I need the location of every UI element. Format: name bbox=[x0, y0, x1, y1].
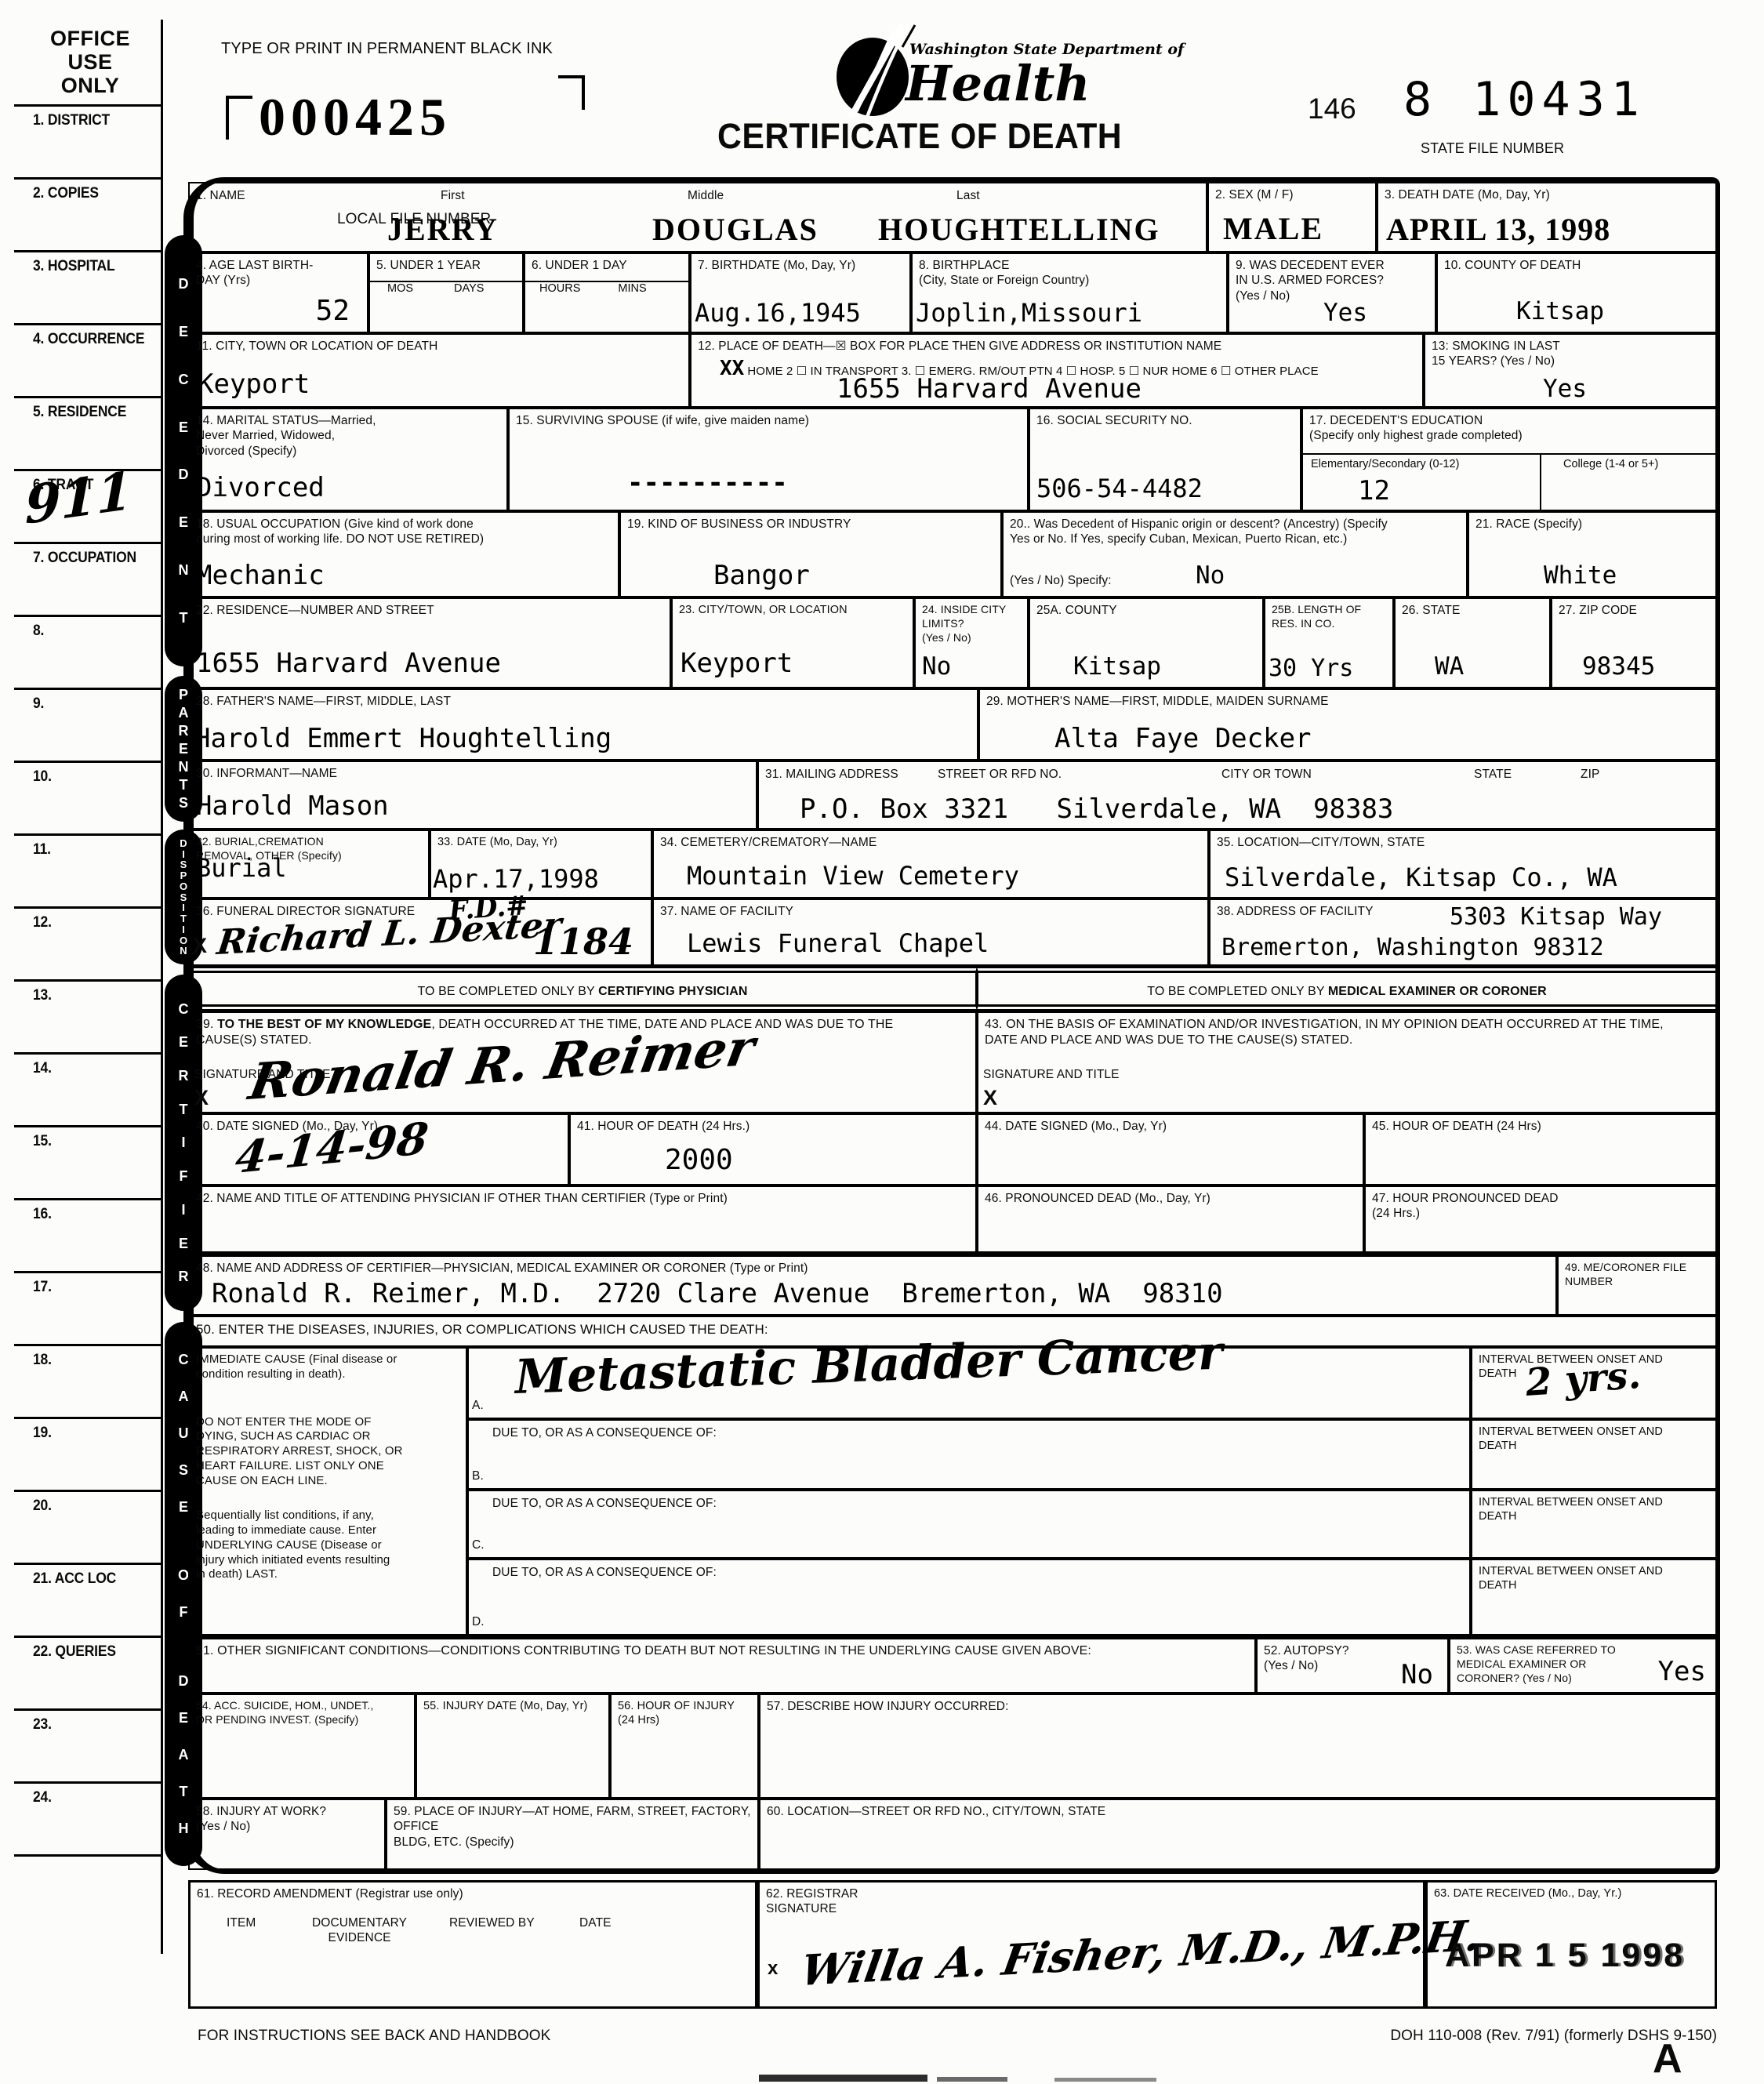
office-use-row: 6. TRACT911 bbox=[14, 469, 161, 542]
office-use-row: 5. RESIDENCE bbox=[14, 396, 161, 469]
father-name-value: Harold Emmert Houghtelling bbox=[194, 723, 612, 754]
field-record-amendment-label: 61. RECORD AMENDMENT (Registrar use only… bbox=[197, 1887, 463, 1901]
autopsy-value: No bbox=[1401, 1659, 1433, 1690]
field-attending-physician: 42. NAME AND TITLE OF ATTENDING PHYSICIA… bbox=[188, 1185, 977, 1253]
birthdate-value: Aug.16,1945 bbox=[695, 298, 861, 328]
field-how-injury-occurred: 57. DESCRIBE HOW INJURY OCCURRED: bbox=[759, 1694, 1717, 1799]
tab-letter: D bbox=[180, 838, 187, 848]
field-cemetery-location: 35. LOCATION—CITY/TOWN, STATE Silverdale… bbox=[1209, 830, 1717, 899]
tab-letter: I bbox=[182, 849, 185, 859]
elementary-value: 12 bbox=[1358, 475, 1390, 506]
field-occupation: 18. USUAL OCCUPATION (Give kind of work … bbox=[188, 511, 619, 597]
field-funeral-director-signature: 36. FUNERAL DIRECTOR SIGNATURE F.D.# X R… bbox=[188, 899, 652, 966]
cause-a-letter: A. bbox=[472, 1398, 484, 1413]
tab-letter: T bbox=[180, 778, 188, 792]
occupation-value: Mechanic bbox=[196, 560, 325, 591]
cert-header-right-pre: TO BE COMPLETED ONLY BY bbox=[1147, 985, 1328, 998]
field-death-date-label: 3. DEATH DATE (Mo, Day, Yr) bbox=[1385, 188, 1550, 202]
field-place-of-injury-label: 59. PLACE OF INJURY—AT HOME, FARM, STREE… bbox=[394, 1805, 751, 1849]
field-cemetery-location-label: 35. LOCATION—CITY/TOWN, STATE bbox=[1217, 836, 1425, 849]
tab-letter: O bbox=[180, 881, 187, 891]
field-zip: 27. ZIP CODE 98345 bbox=[1551, 597, 1717, 688]
field-disposition-type: 32. BURIAL,CREMATION REMOVAL, OTHER (Spe… bbox=[188, 830, 430, 899]
field-father-name: 28. FATHER'S NAME—FIRST, MIDDLE, LAST Ha… bbox=[188, 688, 978, 761]
field-autopsy-label: 52. AUTOPSY? (Yes / No) bbox=[1264, 1644, 1349, 1672]
smoking-value: Yes bbox=[1543, 375, 1587, 403]
certificate-title: CERTIFICATE OF DEATH bbox=[717, 116, 1122, 157]
office-use-row: 4. OCCURRENCE bbox=[14, 323, 161, 396]
office-use-row-label: 21. ACC LOC bbox=[33, 1570, 116, 1588]
tab-letter: C bbox=[179, 372, 189, 387]
field-certifier-name-address: 48. NAME AND ADDRESS OF CERTIFIER—PHYSIC… bbox=[188, 1253, 1557, 1316]
field-facility-name: 37. NAME OF FACILITY Lewis Funeral Chape… bbox=[652, 899, 1209, 966]
name-middle-label: Middle bbox=[688, 188, 724, 203]
office-use-row-label: 18. bbox=[33, 1352, 52, 1369]
field-informant: 30. INFORMANT—NAME Harold Mason bbox=[188, 761, 757, 830]
cert-header-left-pre: TO BE COMPLETED ONLY BY bbox=[417, 985, 598, 998]
office-use-row-line bbox=[14, 1636, 161, 1638]
field-injury-date: 55. INJURY DATE (Mo, Day, Yr) bbox=[416, 1694, 610, 1799]
office-use-row-line bbox=[14, 833, 161, 836]
office-use-row-line bbox=[14, 1708, 161, 1711]
race-value: White bbox=[1544, 561, 1617, 590]
office-use-row-label: 15. bbox=[33, 1133, 52, 1150]
office-use-row-label: 16. bbox=[33, 1206, 52, 1223]
field-age: 4. AGE LAST BIRTH- DAY (Yrs) 52 bbox=[188, 252, 368, 333]
tab-letter: P bbox=[180, 870, 187, 880]
field-residence-street-label: 22. RESIDENCE—NUMBER AND STREET bbox=[196, 604, 434, 617]
field-sex-label: 2. SEX (M / F) bbox=[1215, 188, 1294, 202]
cemetery-value: Mountain View Cemetery bbox=[687, 861, 1019, 891]
under1yr-subheads: MOS DAYS bbox=[370, 281, 522, 301]
zip-value: 98345 bbox=[1582, 652, 1655, 681]
footer-instructions: FOR INSTRUCTIONS SEE BACK AND HANDBOOK bbox=[198, 2027, 550, 2046]
office-use-row-label: 14. bbox=[33, 1060, 52, 1077]
registrar-x: x bbox=[768, 1958, 778, 1980]
tab-letter: N bbox=[179, 563, 189, 577]
office-use-row-label: 20. bbox=[33, 1498, 52, 1515]
field-disposition-date-label: 33. DATE (Mo, Day, Yr) bbox=[437, 836, 557, 848]
office-use-row-line bbox=[14, 1198, 161, 1200]
field-how-injury-label: 57. DESCRIBE HOW INJURY OCCURRED: bbox=[767, 1700, 1008, 1713]
tab-letter: O bbox=[180, 935, 187, 946]
field-hour-pronounced: 47. HOUR PRONOUNCED DEAD (24 Hrs.) bbox=[1364, 1185, 1717, 1253]
field-hour-death-examiner-label: 45. HOUR OF DEATH (24 Hrs) bbox=[1372, 1120, 1541, 1133]
field-residence-state: 26. STATE WA bbox=[1394, 597, 1551, 688]
field-record-amendment: 61. RECORD AMENDMENT (Registrar use only… bbox=[188, 1880, 757, 2009]
tab-letter: I bbox=[182, 924, 185, 935]
field-under-1-day: 6. UNDER 1 DAY HOURS MINS bbox=[524, 252, 690, 333]
office-use-row-line bbox=[14, 542, 161, 544]
field-residence-state-label: 26. STATE bbox=[1402, 604, 1460, 617]
office-use-row: 23. bbox=[14, 1708, 161, 1781]
office-use-row: 22. QUERIES bbox=[14, 1636, 161, 1708]
office-use-row-label: 17. bbox=[33, 1279, 52, 1296]
residence-street-value: 1655 Harvard Avenue bbox=[196, 648, 501, 679]
field-facility-name-label: 37. NAME OF FACILITY bbox=[660, 905, 793, 918]
place-of-death-value: 1655 Harvard Avenue bbox=[837, 373, 1142, 405]
tab-letter: R bbox=[179, 1269, 189, 1283]
field-residence-street: 22. RESIDENCE—NUMBER AND STREET 1655 Har… bbox=[188, 597, 671, 688]
office-use-row: 12. bbox=[14, 906, 161, 979]
county-of-death-value: Kitsap bbox=[1516, 297, 1604, 325]
field-education: 17. DECEDENT'S EDUCATION (Specify only h… bbox=[1301, 408, 1717, 511]
tab-letter: T bbox=[180, 611, 188, 625]
scan-artifact bbox=[937, 2077, 1007, 2082]
name-first-value: JERRY bbox=[387, 211, 499, 248]
tab-letter: F bbox=[180, 1169, 188, 1183]
field-me-file-number: 49. ME/CORONER FILE NUMBER bbox=[1557, 1253, 1717, 1316]
office-use-row-line bbox=[14, 761, 161, 763]
office-use-row: 18. bbox=[14, 1344, 161, 1417]
tab-letter: T bbox=[180, 913, 187, 924]
field-under1day-label: 6. UNDER 1 DAY bbox=[532, 259, 627, 272]
office-use-title: OFFICE USE ONLY bbox=[31, 27, 149, 98]
city-of-death-value: Keyport bbox=[198, 369, 310, 400]
field-place-of-death: 12. PLACE OF DEATH—☒ BOX FOR PLACE THEN … bbox=[690, 333, 1424, 408]
corner-bracket-right bbox=[558, 75, 585, 110]
tab-letter: I bbox=[181, 1135, 185, 1149]
cause-b-letter: B. bbox=[472, 1469, 484, 1483]
field-father-label: 28. FATHER'S NAME—FIRST, MIDDLE, LAST bbox=[196, 695, 451, 708]
field-race-label: 21. RACE (Specify) bbox=[1475, 517, 1582, 531]
scan-artifact bbox=[1054, 2078, 1156, 2082]
office-use-row-line bbox=[14, 1125, 161, 1127]
cause-header-text: 50. ENTER THE DISEASES, INJURIES, OR COM… bbox=[196, 1322, 768, 1337]
field-informant-label: 30. INFORMANT—NAME bbox=[196, 767, 337, 780]
field-registrar-label: 62. REGISTRAR SIGNATURE bbox=[766, 1887, 858, 1915]
field-city-limits-label: 24. INSIDE CITY LIMITS? (Yes / No) bbox=[922, 603, 1006, 644]
sex-value: MALE bbox=[1223, 210, 1323, 247]
field-name: 1. NAME First Middle Last JERRY DOUGLAS … bbox=[188, 182, 1207, 252]
tab-letter: D bbox=[179, 1674, 189, 1688]
tab-letter: I bbox=[182, 902, 185, 913]
field-ssn-label: 16. SOCIAL SECURITY NO. bbox=[1036, 414, 1192, 427]
cause-line-b: DUE TO, OR AS A CONSEQUENCE OF: B. bbox=[467, 1419, 1471, 1490]
office-use-row-line bbox=[14, 615, 161, 617]
office-use-row-label: 8. bbox=[33, 623, 44, 640]
marital-status-value: Divorced bbox=[196, 472, 325, 503]
field-education-label: 17. DECEDENT'S EDUCATION (Specify only h… bbox=[1309, 413, 1523, 444]
cemetery-location-value: Silverdale, Kitsap Co., WA bbox=[1225, 862, 1617, 892]
date-received-stamp: APR 1 5 1998 bbox=[1445, 1937, 1685, 1975]
field-physician-certification: 39. TO THE BEST OF MY KNOWLEDGE, DEATH O… bbox=[188, 1011, 977, 1113]
field-hour-of-death: 41. HOUR OF DEATH (24 Hrs.) 2000 bbox=[569, 1113, 977, 1185]
field-residence-county-label: 25A. COUNTY bbox=[1036, 604, 1117, 617]
office-use-row: 19. bbox=[14, 1417, 161, 1490]
office-use-row: 21. ACC LOC bbox=[14, 1563, 161, 1636]
office-use-row-label: 19. bbox=[33, 1425, 52, 1442]
mos-label: MOS bbox=[387, 282, 413, 301]
tab-letter: U bbox=[179, 1426, 189, 1440]
tab-letter: O bbox=[178, 1568, 189, 1582]
field-facility-address: 38. ADDRESS OF FACILITY 5303 Kitsap Way … bbox=[1209, 899, 1717, 966]
residence-state-value: WA bbox=[1435, 652, 1464, 681]
certifying-physician-header: TO BE COMPLETED ONLY BY CERTIFYING PHYSI… bbox=[188, 966, 977, 1011]
field-surviving-spouse: 15. SURVIVING SPOUSE (if wife, give maid… bbox=[508, 408, 1029, 511]
me-referred-value: Yes bbox=[1658, 1656, 1706, 1687]
cause-d-letter: D. bbox=[472, 1614, 485, 1629]
office-use-row-line bbox=[14, 177, 161, 180]
field-date-signed-examiner: 44. DATE SIGNED (Mo., Day, Yr) bbox=[977, 1113, 1364, 1185]
mother-name-value: Alta Faye Decker bbox=[1054, 723, 1312, 754]
tab-letter: T bbox=[180, 1784, 188, 1799]
cause-d-interval: INTERVAL BETWEEN ONSET AND DEATH bbox=[1471, 1559, 1717, 1636]
name-first-label: First bbox=[441, 188, 465, 203]
office-use-row: 15. bbox=[14, 1125, 161, 1198]
field-race: 21. RACE (Specify) White bbox=[1468, 511, 1717, 597]
field-injury-date-label: 55. INJURY DATE (Mo, Day, Yr) bbox=[423, 1700, 587, 1712]
tab-letter: A bbox=[179, 1389, 189, 1403]
f39-num: 39. bbox=[196, 1018, 214, 1031]
cause-line-a: A. Metastatic Bladder Cancer bbox=[467, 1347, 1471, 1419]
office-use-row: 11. bbox=[14, 833, 161, 906]
tab-letter: E bbox=[179, 420, 188, 434]
tab-letter: F bbox=[180, 1605, 188, 1619]
field-me-referred: 53. WAS CASE REFERRED TO MEDICAL EXAMINE… bbox=[1449, 1636, 1717, 1694]
name-last-label: Last bbox=[956, 188, 980, 203]
tab-letter: R bbox=[179, 1069, 189, 1083]
field-smoking-label: 13: SMOKING IN LAST 15 YEARS? (Yes / No) bbox=[1432, 339, 1560, 368]
cause-b-interval: INTERVAL BETWEEN ONSET AND DEATH bbox=[1471, 1419, 1717, 1490]
office-use-row-label: 4. OCCURRENCE bbox=[33, 331, 144, 348]
interval-label-c: INTERVAL BETWEEN ONSET AND DEATH bbox=[1479, 1496, 1663, 1523]
tab-letter: S bbox=[180, 859, 187, 870]
office-use-row-label: 12. bbox=[33, 914, 52, 931]
fd-signature-x: X bbox=[193, 934, 207, 958]
field-pronounced-dead: 46. PRONOUNCED DEAD (Mo., Day, Yr) bbox=[977, 1185, 1364, 1253]
office-use-row-label: 9. bbox=[33, 695, 44, 713]
examiner-signature-x: X bbox=[983, 1086, 997, 1110]
office-use-row-line bbox=[14, 1344, 161, 1346]
local-file-number: 000425 bbox=[259, 86, 452, 148]
cause-a-interval: INTERVAL BETWEEN ONSET AND DEATH 2 yrs. bbox=[1471, 1347, 1717, 1419]
field-date-signed-examiner-label: 44. DATE SIGNED (Mo., Day, Yr) bbox=[985, 1120, 1167, 1133]
birthplace-value: Joplin,Missouri bbox=[916, 298, 1142, 328]
street-rfd-label: STREET OR RFD NO. bbox=[938, 767, 1062, 782]
field-injury-at-work-label: 58. INJURY AT WORK? (Yes / No) bbox=[196, 1805, 326, 1833]
field-age-label: 4. AGE LAST BIRTH- DAY (Yrs) bbox=[196, 259, 313, 287]
mailing-address-value: P.O. Box 3321 Silverdale, WA 98383 bbox=[800, 793, 1393, 825]
office-use-row: 7. OCCUPATION bbox=[14, 542, 161, 615]
office-use-row-line bbox=[14, 688, 161, 690]
f43-label: 43. ON THE BASIS OF EXAMINATION AND/OR I… bbox=[985, 1017, 1690, 1048]
tab-letter: E bbox=[179, 1711, 188, 1725]
field-accident-suicide: 54. ACC. SUICIDE, HOM., UNDET., OR PENDI… bbox=[188, 1694, 416, 1799]
cause-instructions: IMMEDIATE CAUSE (Final disease or condit… bbox=[188, 1347, 467, 1636]
age-value: 52 bbox=[316, 295, 350, 327]
field-surviving-spouse-label: 15. SURVIVING SPOUSE (if wife, give maid… bbox=[516, 414, 809, 427]
field-place-of-death-label: 12. PLACE OF DEATH—☒ BOX FOR PLACE THEN … bbox=[698, 339, 1221, 353]
interval-label-d: INTERVAL BETWEEN ONSET AND DEATH bbox=[1479, 1565, 1663, 1592]
field-city-of-death-label: 11. CITY, TOWN OR LOCATION OF DEATH bbox=[196, 339, 437, 353]
field-hispanic-origin: 20.. Was Decedent of Hispanic origin or … bbox=[1002, 511, 1468, 597]
tab-letter: R bbox=[179, 724, 189, 738]
f39-bold-text: TO THE BEST OF MY KNOWLEDGE bbox=[217, 1018, 431, 1031]
disposition-value: Burial bbox=[196, 853, 287, 883]
facility-name-value: Lewis Funeral Chapel bbox=[687, 928, 989, 958]
tab-letter: S bbox=[180, 892, 187, 902]
field-mailing-label: 31. MAILING ADDRESS bbox=[765, 767, 898, 782]
physician-signature-x: X bbox=[194, 1086, 209, 1110]
office-use-row-line bbox=[14, 1417, 161, 1419]
field-hour-of-death-examiner: 45. HOUR OF DEATH (24 Hrs) bbox=[1364, 1113, 1717, 1185]
field-cemetery: 34. CEMETERY/CREMATORY—NAME Mountain Vie… bbox=[652, 830, 1209, 899]
tab-letter: E bbox=[179, 1236, 188, 1251]
hispanic-prompt: (Yes / No) Specify: bbox=[1010, 573, 1112, 588]
name-last-value: HOUGHTELLING bbox=[878, 211, 1160, 248]
office-use-row: 10. bbox=[14, 761, 161, 833]
office-use-row-line bbox=[14, 1271, 161, 1273]
agency-big-text: Health bbox=[906, 55, 1090, 112]
tab-letter: S bbox=[179, 1463, 188, 1477]
tab-letter: C bbox=[179, 1002, 189, 1016]
office-use-row-label: 22. QUERIES bbox=[33, 1643, 116, 1661]
office-use-row-label: 10. bbox=[33, 768, 52, 786]
field-armed-forces-label: 9. WAS DECEDENT EVER IN U.S. ARMED FORCE… bbox=[1236, 259, 1385, 303]
field-disposition-date: 33. DATE (Mo, Day, Yr) Apr.17,1998 bbox=[430, 830, 652, 899]
city-limits-value: No bbox=[922, 652, 951, 681]
field-mother-name: 29. MOTHER'S NAME—FIRST, MIDDLE, MAIDEN … bbox=[978, 688, 1717, 761]
office-use-row-line bbox=[14, 396, 161, 398]
office-use-row-line bbox=[14, 1563, 161, 1565]
field-smoking: 13: SMOKING IN LAST 15 YEARS? (Yes / No)… bbox=[1424, 333, 1717, 408]
cert-header-left-bold: CERTIFYING PHYSICIAN bbox=[598, 985, 747, 998]
field-city-of-death: 11. CITY, TOWN OR LOCATION OF DEATH Keyp… bbox=[188, 333, 690, 408]
office-use-row-label: 7. OCCUPATION bbox=[33, 550, 136, 567]
state-file-label: STATE FILE NUMBER bbox=[1421, 140, 1564, 158]
tab-letter: N bbox=[180, 946, 187, 956]
elementary-label: Elementary/Secondary (0-12) bbox=[1311, 458, 1459, 470]
cause-line-c: DUE TO, OR AS A CONSEQUENCE OF: C. bbox=[467, 1490, 1471, 1559]
office-use-row-line bbox=[14, 1490, 161, 1492]
office-use-row-label: 11. bbox=[33, 841, 51, 859]
amendment-reviewed-label: REVIEWED BY bbox=[449, 1915, 535, 1930]
medical-examiner-header: TO BE COMPLETED ONLY BY MEDICAL EXAMINER… bbox=[977, 966, 1717, 1011]
tab-letter: E bbox=[179, 742, 188, 756]
cert-header-right-bold: MEDICAL EXAMINER OR CORONER bbox=[1328, 985, 1547, 998]
education-elementary-cell: Elementary/Secondary (0-12) 12 bbox=[1303, 455, 1540, 510]
city-or-town-label: CITY OR TOWN bbox=[1221, 767, 1312, 782]
hours-label: HOURS bbox=[539, 282, 580, 301]
college-label: College (1-4 or 5+) bbox=[1563, 458, 1658, 470]
field-birthplace-label: 8. BIRTHPLACE (City, State or Foreign Co… bbox=[919, 259, 1089, 287]
length-res-value: 30 Yrs bbox=[1269, 655, 1353, 682]
education-college-cell: College (1-4 or 5+) bbox=[1540, 455, 1715, 510]
field-injury-location-label: 60. LOCATION—STREET OR RFD NO., CITY/TOW… bbox=[767, 1805, 1105, 1818]
tab-letter: E bbox=[179, 515, 188, 529]
residence-city-value: Keyport bbox=[681, 648, 793, 679]
armed-forces-value: Yes bbox=[1323, 299, 1367, 327]
tab-letter: E bbox=[179, 325, 188, 339]
field-residence-city: 23. CITY/TOWN, OR LOCATION Keyport bbox=[671, 597, 914, 688]
tab-letter: H bbox=[179, 1821, 189, 1835]
due-to-label-b: DUE TO, OR AS A CONSEQUENCE OF: bbox=[492, 1425, 717, 1440]
field-residence-city-label: 23. CITY/TOWN, OR LOCATION bbox=[679, 604, 848, 616]
informant-value: Harold Mason bbox=[196, 790, 389, 822]
under1day-subheads: HOURS MINS bbox=[525, 281, 688, 301]
facility-address-line2: Bremerton, Washington 98312 bbox=[1221, 934, 1604, 961]
cause-instr-immediate: IMMEDIATE CAUSE (Final disease or condit… bbox=[196, 1352, 459, 1382]
tab-letter: D bbox=[179, 277, 189, 291]
cause-line-d: DUE TO, OR AS A CONSEQUENCE OF: D. bbox=[467, 1559, 1471, 1636]
field-marital-status-label: 14. MARITAL STATUS—Married, Never Marrie… bbox=[196, 414, 376, 458]
amendment-item-label: ITEM bbox=[227, 1915, 256, 1930]
office-use-row: 2. COPIES bbox=[14, 177, 161, 250]
office-use-row: 8. bbox=[14, 615, 161, 688]
tab-letter: A bbox=[179, 1748, 189, 1762]
office-use-row-label: 2. COPIES bbox=[33, 185, 99, 202]
tab-letter: D bbox=[179, 467, 189, 481]
cause-c-letter: C. bbox=[472, 1538, 485, 1552]
field-mailing-address: 31. MAILING ADDRESS STREET OR RFD NO. CI… bbox=[757, 761, 1717, 830]
office-use-row-label: 13. bbox=[33, 987, 52, 1004]
fd-number-value: 1184 bbox=[533, 920, 633, 963]
field-date-received: 63. DATE RECEIVED (Mo., Day, Yr.) APR 1 … bbox=[1425, 1880, 1717, 2009]
industry-value: Bangor bbox=[713, 560, 810, 591]
cause-c-interval: INTERVAL BETWEEN ONSET AND DEATH bbox=[1471, 1490, 1717, 1559]
state-file-prefix: 146 bbox=[1308, 93, 1356, 125]
field-injury-location: 60. LOCATION—STREET OR RFD NO., CITY/TOW… bbox=[759, 1799, 1717, 1870]
office-use-row-line bbox=[14, 1781, 161, 1784]
mins-label: MINS bbox=[618, 282, 646, 301]
cause-instr-mode: DO NOT ENTER THE MODE OF DYING, SUCH AS … bbox=[196, 1415, 459, 1489]
disposition-date-value: Apr.17,1998 bbox=[433, 864, 599, 894]
field-date-signed-physician: 40. DATE SIGNED (Mo., Day, Yr) 4-14-98 bbox=[188, 1113, 569, 1185]
field-occupation-label: 18. USUAL OCCUPATION (Give kind of work … bbox=[196, 517, 484, 546]
days-label: DAYS bbox=[454, 282, 484, 301]
ssn-value: 506-54-4482 bbox=[1036, 474, 1203, 503]
death-date-value: APRIL 13, 1998 bbox=[1386, 211, 1610, 248]
field-hour-of-death-label: 41. HOUR OF DEATH (24 Hrs.) bbox=[577, 1120, 750, 1133]
field-length-res-label: 25B. LENGTH OF RES. IN CO. bbox=[1272, 603, 1361, 630]
field-zip-label: 27. ZIP CODE bbox=[1559, 604, 1637, 617]
tab-letter: P bbox=[179, 688, 188, 702]
office-use-row-label: 3. HOSPITAL bbox=[33, 258, 114, 275]
field-me-referred-label: 53. WAS CASE REFERRED TO MEDICAL EXAMINE… bbox=[1457, 1643, 1616, 1684]
field-ssn: 16. SOCIAL SECURITY NO. 506-54-4482 bbox=[1029, 408, 1301, 511]
due-to-label-c: DUE TO, OR AS A CONSEQUENCE OF: bbox=[492, 1496, 717, 1511]
office-use-row-label: 23. bbox=[33, 1716, 52, 1734]
field-birthdate-label: 7. BIRTHDATE (Mo, Day, Yr) bbox=[698, 259, 855, 272]
office-use-row: 20. bbox=[14, 1490, 161, 1563]
field-county-of-death: 10. COUNTY OF DEATH Kitsap bbox=[1436, 252, 1717, 333]
tab-letter: N bbox=[179, 760, 189, 774]
field-industry-label: 19. KIND OF BUSINESS OR INDUSTRY bbox=[627, 517, 851, 531]
home-checkbox-mark: XX bbox=[720, 357, 744, 380]
hispanic-value: No bbox=[1196, 561, 1225, 590]
office-use-row: 3. HOSPITAL bbox=[14, 250, 161, 323]
field-mother-label: 29. MOTHER'S NAME—FIRST, MIDDLE, MAIDEN … bbox=[986, 695, 1329, 708]
field-hispanic-label: 20.. Was Decedent of Hispanic origin or … bbox=[1010, 517, 1388, 546]
amendment-date-label: DATE bbox=[579, 1915, 612, 1930]
office-use-row: 16. bbox=[14, 1198, 161, 1271]
office-use-row-line bbox=[14, 1052, 161, 1055]
examiner-signature-title-label: SIGNATURE AND TITLE bbox=[983, 1067, 1120, 1082]
field-hour-injury-label: 56. HOUR OF INJURY (24 Hrs) bbox=[618, 1700, 735, 1726]
tab-letter: A bbox=[179, 706, 189, 720]
field-county-of-death-label: 10. COUNTY OF DEATH bbox=[1444, 259, 1581, 272]
field-under1yr-label: 5. UNDER 1 YEAR bbox=[376, 259, 481, 272]
office-use-bottom-line bbox=[14, 1854, 161, 1857]
field-name-label: 1. NAME bbox=[196, 188, 245, 203]
field-other-conditions: 51. OTHER SIGNIFICANT CONDITIONS—CONDITI… bbox=[188, 1636, 1256, 1694]
field-pronounced-dead-label: 46. PRONOUNCED DEAD (Mo., Day, Yr) bbox=[985, 1192, 1210, 1205]
office-use-row: 17. bbox=[14, 1271, 161, 1344]
office-use-row: 1. DISTRICT bbox=[14, 104, 161, 177]
field-marital-status: 14. MARITAL STATUS—Married, Never Marrie… bbox=[188, 408, 508, 511]
footer-revision-mark: A bbox=[1653, 2035, 1682, 2082]
